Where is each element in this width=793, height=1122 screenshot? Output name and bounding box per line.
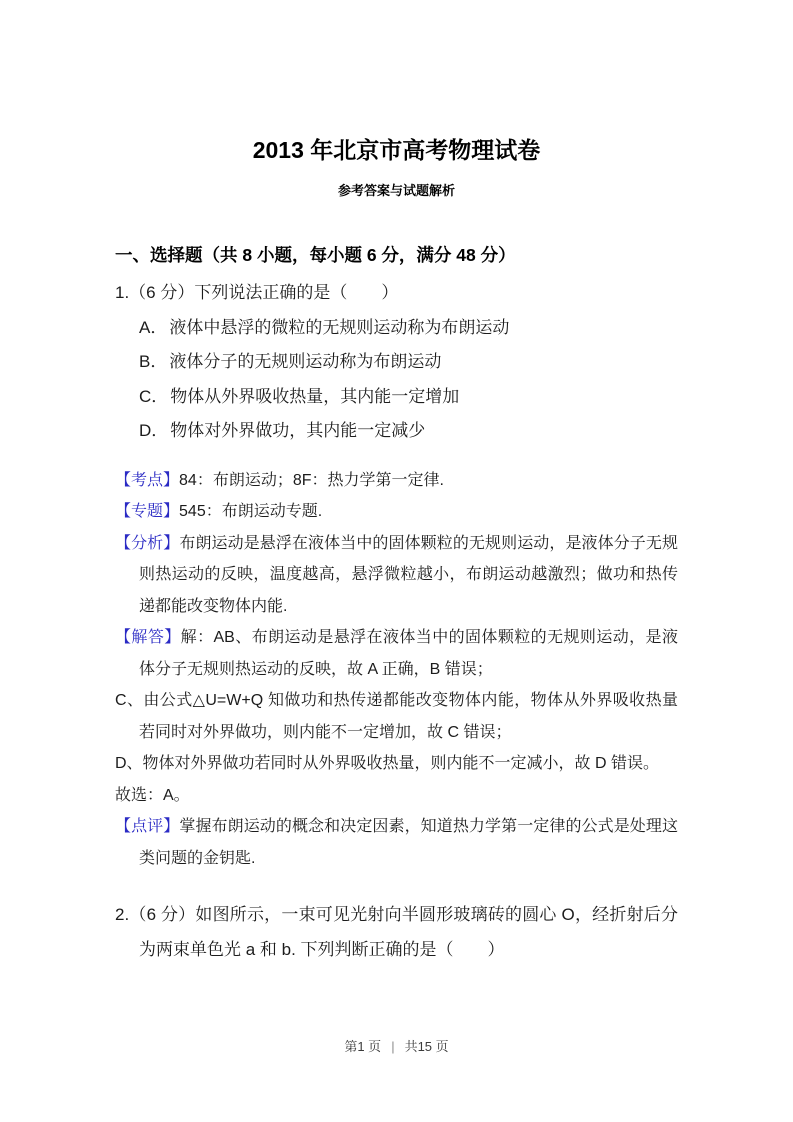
option-d-label: D． [139,421,168,440]
option-d-text: 物体对外界做功，其内能一定减少 [170,421,425,440]
kaodian-paragraph: 【考点】84：布朗运动；8F：热力学第一定律. [115,465,678,497]
option-c-label: C． [139,387,168,406]
jieda-line-d: D、物体对外界做功若同时从外界吸收热量，则内能不一定减小，故 D 错误。 [115,748,678,780]
footer-separator: | [391,1039,394,1054]
question-2-stem: 2.（6 分）如图所示，一束可见光射向半圆形玻璃砖的圆心 O，经折射后分为两束单… [115,898,678,967]
page-subtitle: 参考答案与试题解析 [115,182,678,200]
section-heading: 一、选择题（共 8 小题，每小题 6 分，满分 48 分） [115,242,678,268]
question-1-option-a: A．液体中悬浮的微粒的无规则运动称为布朗运动 [115,311,678,346]
fenxi-text: 布朗运动是悬浮在液体当中的固体颗粒的无规则运动，是液体分子无规则热运动的反映，温… [139,535,678,615]
jieda-paragraph: 【解答】解：AB、布朗运动是悬浮在液体当中的固体颗粒的无规则运动，是液体分子无规… [115,622,678,685]
option-a-text: 液体中悬浮的微粒的无规则运动称为布朗运动 [169,318,509,337]
dianping-label: 【点评】 [115,818,179,835]
jieda-text: 解：AB、布朗运动是悬浮在液体当中的固体颗粒的无规则运动，是液体分子无规则热运动… [139,629,678,678]
question-1-option-d: D．物体对外界做功，其内能一定减少 [115,414,678,449]
question-1-option-c: C．物体从外界吸收热量，其内能一定增加 [115,380,678,415]
question-2: 2.（6 分）如图所示，一束可见光射向半圆形玻璃砖的圆心 O，经折射后分为两束单… [115,898,678,967]
zhuanti-paragraph: 【专题】545：布朗运动专题. [115,496,678,528]
page-footer: 第1 页|共15 页 [0,1038,793,1056]
zhuanti-text: 545：布朗运动专题. [179,503,322,520]
jieda-label: 【解答】 [115,629,181,646]
question-1: 1.（6 分）下列说法正确的是（ ） A．液体中悬浮的微粒的无规则运动称为布朗运… [115,276,678,449]
exam-paper-page: 2013 年北京市高考物理试卷 参考答案与试题解析 一、选择题（共 8 小题，每… [0,0,793,1122]
jieda-conclusion: 故选：A。 [115,780,678,812]
option-b-text: 液体分子的无规则运动称为布朗运动 [169,352,441,371]
page-title: 2013 年北京市高考物理试卷 [115,135,678,165]
footer-page-number: 第1 页 [344,1039,381,1054]
dianping-text: 掌握布朗运动的概念和决定因素，知道热力学第一定律的公式是处理这类问题的金钥匙. [139,818,678,867]
jieda-line-c: C、由公式△U=W+Q 知做功和热传递都能改变物体内能，物体从外界吸收热量若同时… [115,685,678,748]
question-1-analysis: 【考点】84：布朗运动；8F：热力学第一定律. 【专题】545：布朗运动专题. … [115,465,678,875]
kaodian-label: 【考点】 [115,472,179,489]
dianping-paragraph: 【点评】掌握布朗运动的概念和决定因素，知道热力学第一定律的公式是处理这类问题的金… [115,811,678,874]
question-1-option-b: B．液体分子的无规则运动称为布朗运动 [115,345,678,380]
option-c-text: 物体从外界吸收热量，其内能一定增加 [170,387,459,406]
fenxi-paragraph: 【分析】布朗运动是悬浮在液体当中的固体颗粒的无规则运动，是液体分子无规则热运动的… [115,528,678,623]
question-1-stem: 1.（6 分）下列说法正确的是（ ） [115,276,678,311]
kaodian-text: 84：布朗运动；8F：热力学第一定律. [179,472,444,489]
footer-total-pages: 共15 页 [405,1039,449,1054]
zhuanti-label: 【专题】 [115,503,179,520]
fenxi-label: 【分析】 [115,535,179,552]
option-b-label: B． [139,352,167,371]
option-a-label: A． [139,318,167,337]
page-content: 2013 年北京市高考物理试卷 参考答案与试题解析 一、选择题（共 8 小题，每… [0,0,793,967]
